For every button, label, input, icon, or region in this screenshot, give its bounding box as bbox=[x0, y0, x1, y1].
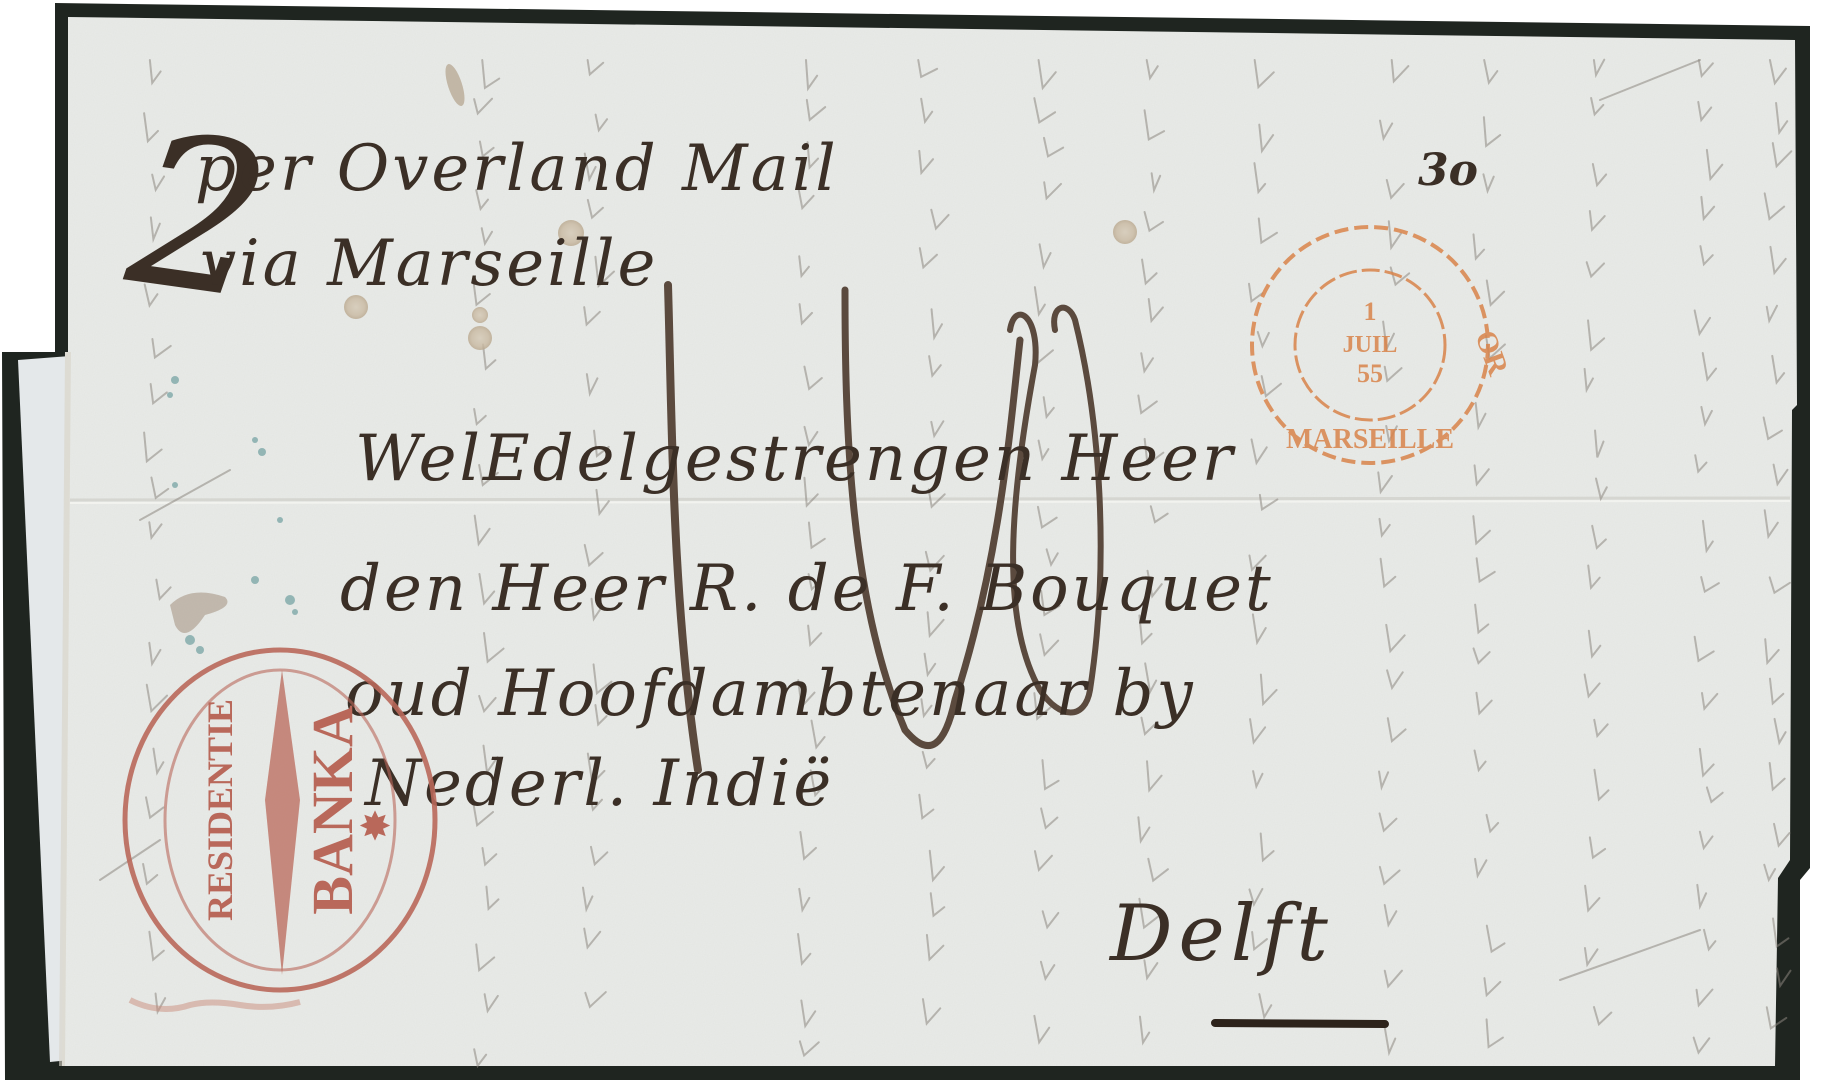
route-line-2: via Marseille bbox=[200, 227, 658, 301]
postmark-transit-year: 55 bbox=[1357, 359, 1383, 388]
postmark-origin-line2: BANKA bbox=[300, 705, 365, 915]
postmark-origin-line1: RESIDENTIE bbox=[200, 699, 240, 921]
address-line-3: oud Hoofdambtenaar by bbox=[345, 657, 1196, 731]
route-line-1: per Overland Mail bbox=[195, 132, 839, 206]
rate-marking-10-value: 10 bbox=[0, 0, 2, 1]
small-mark: 3o bbox=[1418, 145, 1478, 196]
postmark-transit-month: JUIL bbox=[1343, 332, 1398, 358]
address-line-1: WelEdelgestrengen Heer bbox=[355, 422, 1236, 496]
city-underline bbox=[1215, 1023, 1385, 1024]
address-line-2: den Heer R. de F. Bouquet bbox=[340, 552, 1274, 626]
letter-scan: 2 per Overland Mail via Marseille 3o 10 … bbox=[0, 0, 1835, 1080]
address-city: Delft bbox=[1108, 889, 1334, 979]
postmark-transit-bottom: MARSEILLE bbox=[1286, 424, 1454, 455]
star-ornament-icon: ✸ bbox=[358, 804, 392, 849]
postmark-transit-day: 1 bbox=[1364, 297, 1377, 326]
